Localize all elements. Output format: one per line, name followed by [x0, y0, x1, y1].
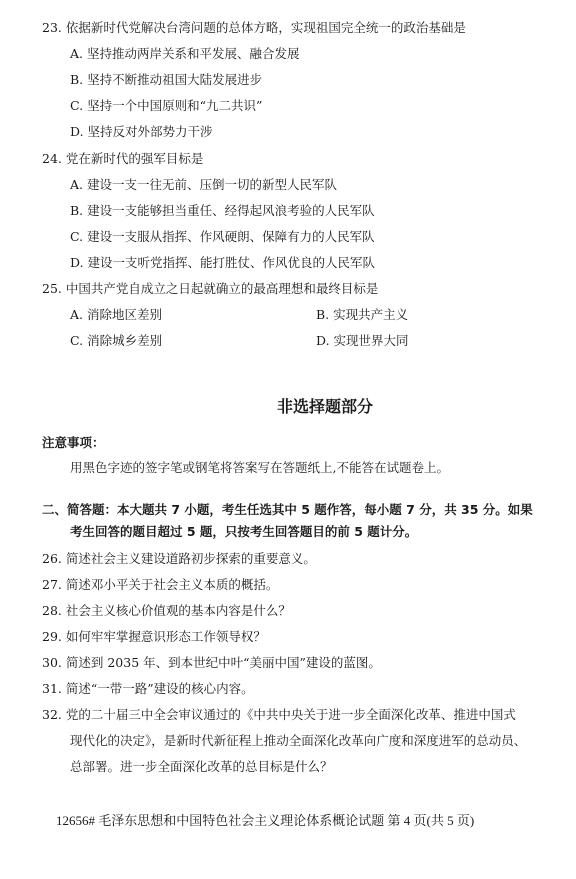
option-24-a: A. 建设一支一往无前、压倒一切的新型人民军队	[70, 175, 337, 193]
question-32: 32. 党的二十届三中全会审议通过的《中共中央关于进一步全面深化改革、推进中国式	[42, 705, 516, 723]
question-number: 23.	[42, 20, 62, 35]
question-29: 29. 如何牢牢掌握意识形态工作领导权？	[42, 627, 266, 645]
question-28: 28. 社会主义核心价值观的基本内容是什么？	[42, 601, 291, 619]
part-two-instructions-line1: 二、简答题：本大题共 7 小题，考生任选其中 5 题作答，每小题 7 分，共 3…	[42, 500, 533, 518]
question-stem: 依据新时代党解决台湾问题的总体方略，实现祖国完全统一的政治基础是	[66, 20, 466, 35]
question-26: 26. 简述社会主义建设道路初步探索的重要意义。	[42, 549, 316, 567]
question-stem: 中国共产党自成立之日起就确立的最高理想和最终目标是	[66, 281, 379, 296]
section-title: 非选择题部分	[0, 394, 576, 417]
option-23-d: D. 坚持反对外部势力干涉	[70, 122, 213, 140]
option-23-a: A. 坚持推动两岸关系和平发展、融合发展	[70, 44, 300, 62]
question-32-line2: 现代化的决定》，是新时代新征程上推动全面深化改革向广度和深度进军的总动员、	[70, 731, 526, 749]
question-stem: 党在新时代的强军目标是	[66, 151, 204, 166]
question-number: 25.	[42, 281, 62, 296]
question-24: 24. 党在新时代的强军目标是	[42, 149, 203, 167]
option-25-c: C. 消除城乡差别	[70, 331, 162, 349]
option-23-b: B. 坚持不断推动祖国大陆发展进步	[70, 70, 262, 88]
page-footer: 12656# 毛泽东思想和中国特色社会主义理论体系概论试题 第 4 页(共 5 …	[56, 810, 474, 829]
question-27: 27. 简述邓小平关于社会主义本质的概括。	[42, 575, 278, 593]
option-25-d: D. 实现世界大同	[316, 331, 409, 349]
question-31: 31. 简述“一带一路”建设的核心内容。	[42, 679, 254, 697]
option-24-c: C. 建设一支服从指挥、作风硬朗、保障有力的人民军队	[70, 227, 375, 245]
part-two-instructions-line2: 考生回答的题目超过 5 题，只按考生回答题目的前 5 题计分。	[70, 522, 417, 540]
option-25-b: B. 实现共产主义	[316, 305, 408, 323]
option-24-d: D. 建设一支听党指挥、能打胜仗、作风优良的人民军队	[70, 253, 375, 271]
notice-heading: 注意事项：	[42, 433, 105, 451]
question-25: 25. 中国共产党自成立之日起就确立的最高理想和最终目标是	[42, 279, 378, 297]
question-30: 30. 简述到 2035 年、到本世纪中叶“美丽中国”建设的蓝图。	[42, 653, 381, 671]
option-25-a: A. 消除地区差别	[70, 305, 162, 323]
question-32-line3: 总部署。进一步全面深化改革的总目标是什么？	[70, 757, 333, 775]
notice-body: 用黑色字迹的签字笔或钢笔将答案写在答题纸上,不能答在试题卷上。	[70, 458, 449, 476]
question-23: 23. 依据新时代党解决台湾问题的总体方略，实现祖国完全统一的政治基础是	[42, 18, 466, 36]
option-24-b: B. 建设一支能够担当重任、经得起风浪考验的人民军队	[70, 201, 375, 219]
question-number: 24.	[42, 151, 62, 166]
option-23-c: C. 坚持一个中国原则和“九二共识”	[70, 96, 262, 114]
